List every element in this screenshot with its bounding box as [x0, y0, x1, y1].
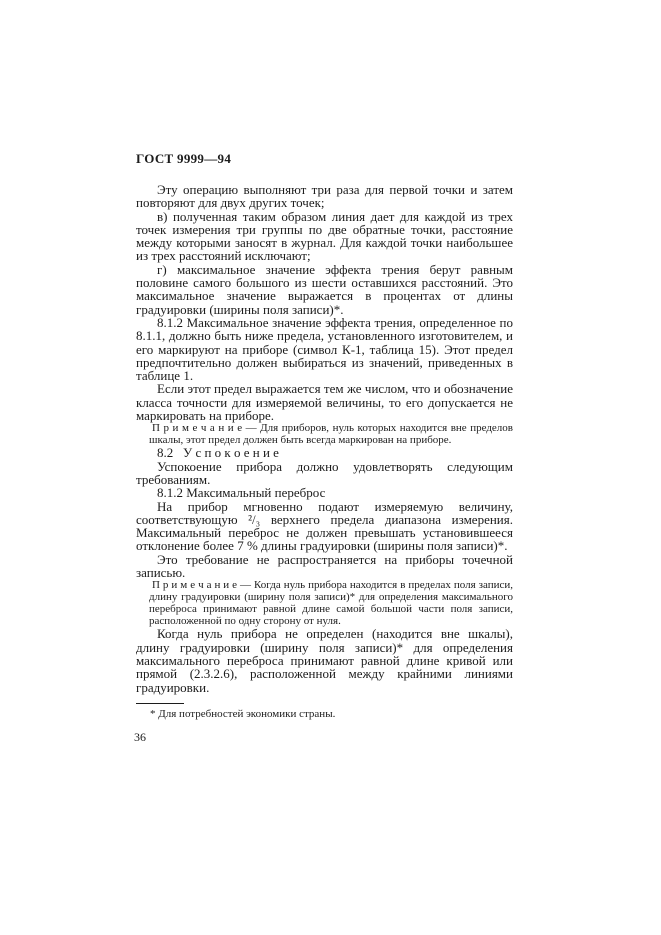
- paragraph-overshoot-exception: Это требование не распространяется на пр…: [136, 553, 513, 580]
- page-number: 36: [134, 730, 146, 745]
- section-heading-8-2: 8.2 У с п о к о е н и е: [136, 446, 513, 459]
- paragraph-item-g: г) максимальное значение эффекта трения …: [136, 263, 513, 316]
- running-header-gost-number: ГОСТ 9999—94: [136, 151, 231, 167]
- paragraph-damping-requirements: Успокоение прибора должно удовлетворять …: [136, 460, 513, 487]
- note-record-field-zero: П р и м е ч а н и е — Когда нуль прибора…: [149, 579, 513, 627]
- page-content: Эту операцию выполняют три раза для перв…: [136, 183, 513, 720]
- paragraph-operation-repeat: Эту операцию выполняют три раза для перв…: [136, 183, 513, 210]
- paragraph-overshoot-test: На прибор мгновенно подают измеряемую ве…: [136, 500, 513, 553]
- paragraph-limit-marking: Если этот предел выражается тем же число…: [136, 382, 513, 422]
- paragraph-8-1-2-friction-limit: 8.1.2 Максимальное значение эффекта трен…: [136, 316, 513, 382]
- footnote-separator-rule: [136, 703, 184, 704]
- scanned-document-page: ГОСТ 9999—94 Эту операцию выполняют три …: [0, 0, 661, 935]
- note-scale-zero: П р и м е ч а н и е — Для приборов, нуль…: [149, 422, 513, 446]
- footnote-economy-note: * Для потребностей экономики страны.: [150, 708, 513, 720]
- paragraph-max-overshoot-title: 8.1.2 Максимальный переброс: [136, 486, 513, 499]
- paragraph-item-v: в) полученная таким образом линия дает д…: [136, 210, 513, 263]
- paragraph-zero-undefined: Когда нуль прибора не определен (находит…: [136, 627, 513, 693]
